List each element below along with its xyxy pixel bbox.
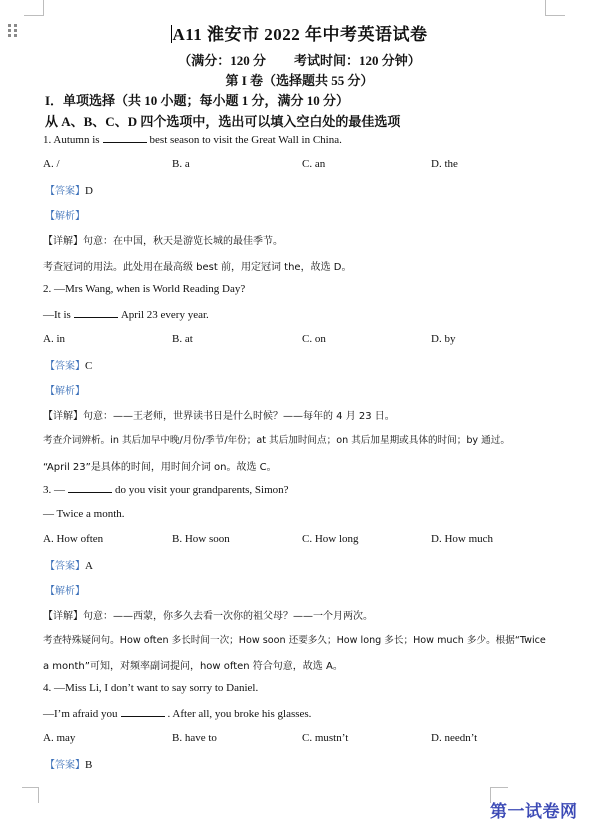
site-watermark: 第一试卷网 — [490, 797, 578, 822]
page-corner-mark — [24, 0, 44, 16]
q2-option-a: A. in — [43, 333, 65, 345]
question-4-stem: 4. —Miss Li, I don’t want to say sorry t… — [43, 682, 258, 694]
answer-blank — [68, 483, 112, 493]
q3-option-b: B. How soon — [172, 533, 230, 545]
q1-explanation: 考查冠词的用法。此处用在最高级 best 前，用定冠词 the，故选 D。 — [43, 258, 351, 273]
q3-detail: 【详解】句意：——西蒙，你多久去看一次你的祖父母？——一个月两次。 — [43, 607, 373, 622]
q4-answer: 【答案】B — [45, 756, 92, 771]
q4-option-a: A. may — [43, 732, 75, 744]
q3-explanation-2: a month”可知，对频率副词提问，how often 符合句意，故选 A。 — [43, 657, 343, 672]
q2-detail: 【详解】句意：——王老师，世界读书日是什么时候？——每年的 4 月 23 日。 — [43, 407, 395, 422]
part-title: 第 I 卷（选择题共 55 分） — [0, 70, 599, 89]
q1-analysis-tag: 【解析】 — [45, 207, 85, 222]
exam-time: 考试时间：120 分钟） — [294, 53, 421, 68]
exam-meta: （满分：120 分考试时间：120 分钟） — [0, 50, 599, 69]
answer-blank — [121, 707, 165, 717]
q2-option-c: C. on — [302, 333, 326, 345]
document-page: A11 淮安市 2022 年中考英语试卷 （满分：120 分考试时间：120 分… — [0, 0, 599, 829]
answer-tag: 【答案】 — [45, 186, 85, 197]
page-corner-mark — [545, 0, 565, 16]
answer-blank — [74, 308, 118, 318]
answer-tag: 【答案】 — [45, 760, 85, 771]
q3-explanation-1: 考查特殊疑问句。How often 多长时间一次；How soon 还要多久；H… — [43, 632, 546, 646]
q1-answer: 【答案】D — [45, 182, 93, 197]
q3-analysis-tag: 【解析】 — [45, 582, 85, 597]
page-corner-mark — [22, 787, 39, 803]
answer-tag: 【答案】 — [45, 361, 85, 372]
q3-option-a: A. How often — [43, 533, 103, 545]
section-title: I．单项选择（共 10 小题；每小题 1 分，满分 10 分） — [45, 90, 349, 109]
q2-explanation-2: “April 23”是具体的时间，用时间介词 on。故选 C。 — [43, 458, 277, 473]
q4-option-c: C. mustn’t — [302, 732, 348, 744]
question-2-stem-line2: —It isApril 23 every year. — [43, 308, 209, 321]
answer-blank — [103, 133, 147, 143]
full-score: （满分：120 分 — [178, 53, 266, 68]
q4-option-b: B. have to — [172, 732, 217, 744]
q4-option-d: D. needn’t — [431, 732, 477, 744]
q3-option-c: C. How long — [302, 533, 359, 545]
q2-option-b: B. at — [172, 333, 193, 345]
question-4-stem-line2: —I’m afraid you. After all, you broke hi… — [43, 707, 311, 720]
document-title: A11 淮安市 2022 年中考英语试卷 — [0, 20, 599, 45]
q1-detail: 【详解】句意：在中国，秋天是游览长城的最佳季节。 — [43, 232, 283, 247]
q2-option-d: D. by — [431, 333, 455, 345]
q2-answer: 【答案】C — [45, 357, 92, 372]
q1-option-a: A. / — [43, 158, 60, 170]
section-instruction: 从 A、B、C、D 四个选项中，选出可以填入空白处的最佳选项 — [45, 111, 400, 130]
q2-explanation-1: 考查介词辨析。in 其后加早中晚/月份/季节/年份；at 其后加时间点；on 其… — [43, 432, 510, 446]
answer-tag: 【答案】 — [45, 561, 85, 572]
question-3-stem-line2: — Twice a month. — [43, 508, 125, 520]
q1-option-b: B. a — [172, 158, 190, 170]
q3-answer: 【答案】A — [45, 557, 93, 572]
q3-option-d: D. How much — [431, 533, 493, 545]
question-2-stem: 2. —Mrs Wang, when is World Reading Day? — [43, 283, 245, 295]
question-3-stem: 3. —do you visit your grandparents, Simo… — [43, 483, 289, 496]
q1-option-d: D. the — [431, 158, 458, 170]
q1-option-c: C. an — [302, 158, 325, 170]
question-1-stem: 1. Autumn isbest season to visit the Gre… — [43, 133, 342, 146]
q2-analysis-tag: 【解析】 — [45, 382, 85, 397]
